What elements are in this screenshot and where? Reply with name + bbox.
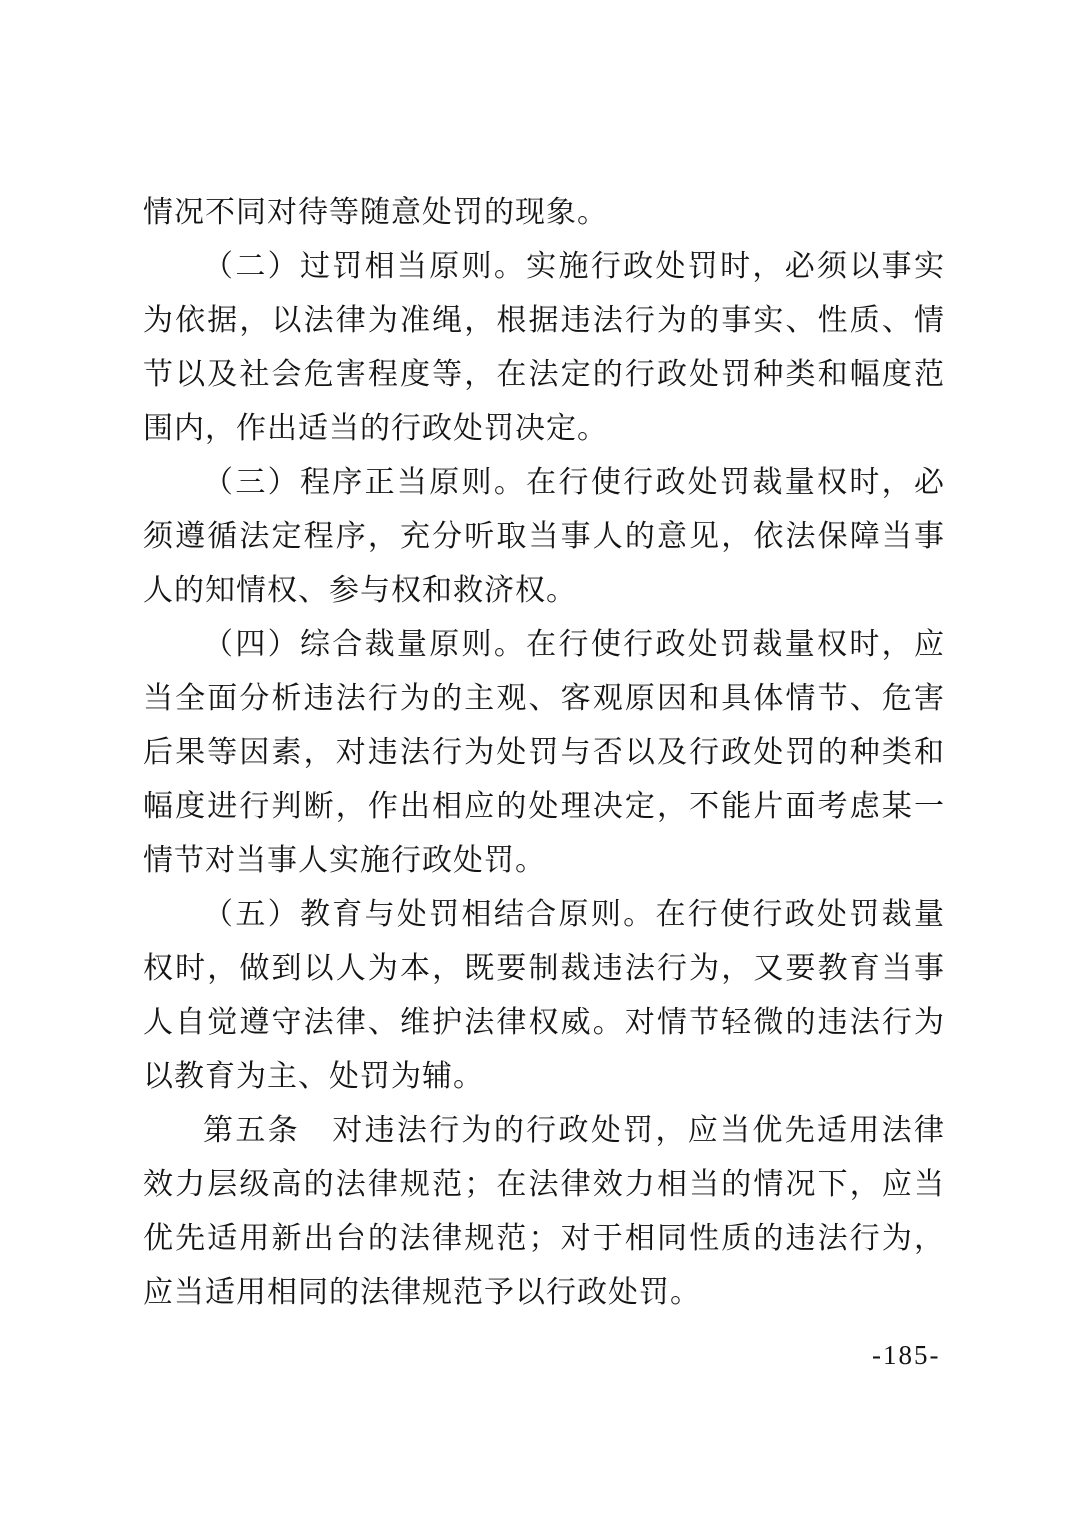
paragraph: （五）教育与处罚相结合原则。在行使行政处罚裁量权时，做到以人为本，既要制裁违法行…: [143, 888, 945, 1104]
paragraph: 情况不同对待等随意处罚的现象。: [143, 186, 945, 240]
paragraph: 第五条 对违法行为的行政处罚，应当优先适用法律效力层级高的法律规范；在法律效力相…: [143, 1104, 945, 1320]
page-number: -185-: [872, 1340, 940, 1371]
document-page: 情况不同对待等随意处罚的现象。（二）过罚相当原则。实施行政处罚时，必须以事实为依…: [0, 0, 1075, 1520]
paragraph: （二）过罚相当原则。实施行政处罚时，必须以事实为依据，以法律为准绳，根据违法行为…: [143, 240, 945, 456]
document-body: 情况不同对待等随意处罚的现象。（二）过罚相当原则。实施行政处罚时，必须以事实为依…: [143, 186, 945, 1320]
paragraph: （四）综合裁量原则。在行使行政处罚裁量权时，应当全面分析违法行为的主观、客观原因…: [143, 618, 945, 888]
paragraph: （三）程序正当原则。在行使行政处罚裁量权时，必须遵循法定程序，充分听取当事人的意…: [143, 456, 945, 618]
